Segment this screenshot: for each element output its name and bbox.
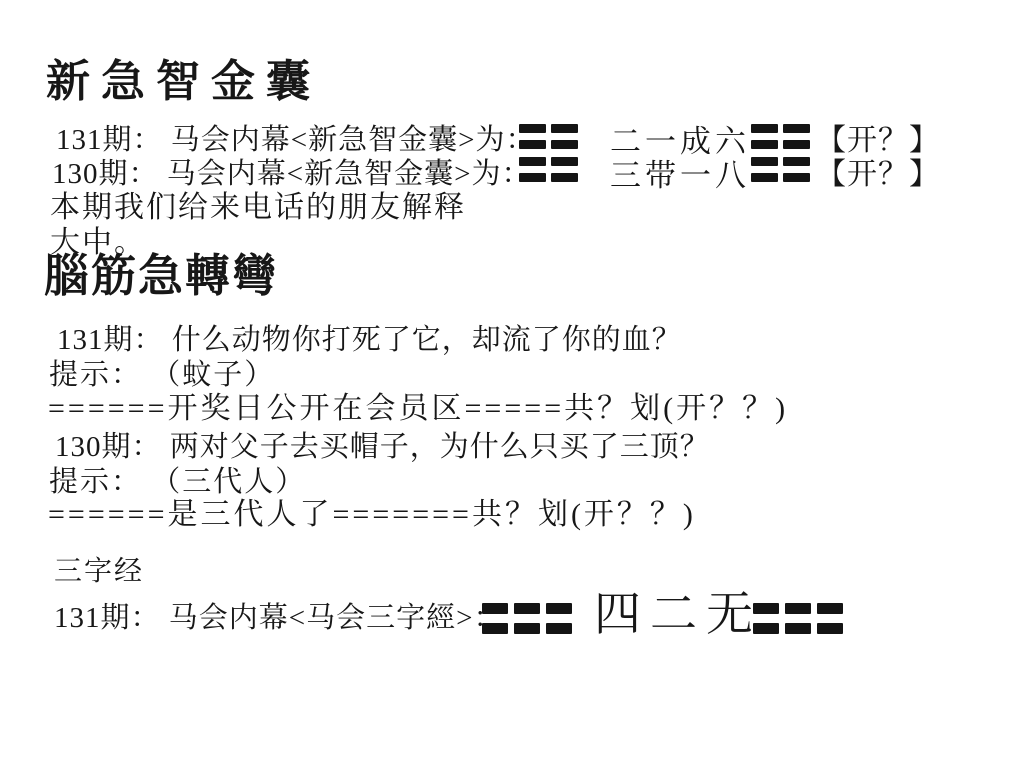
hexagram-symbol <box>519 124 578 149</box>
note-line-1: 本期我们给来电话的朋友解释 <box>50 193 466 223</box>
riddle-130-answer: ======是三代人了=======共？划(开？？) <box>48 500 696 530</box>
scan-page: 新急智金囊 131期： 马会内幕<新急智金囊>为： 二一成六 【开？】 130期… <box>0 0 1024 781</box>
hexagram-symbol <box>751 157 810 182</box>
section-title-golden-bag: 新急智金囊 <box>46 60 321 104</box>
tip-row-131-code: 二一成六 <box>610 126 750 157</box>
tip-row-131-label: 131期： 马会内幕<新急智金囊>为： <box>56 126 535 155</box>
riddle-131-answer: ======开奖日公开在会员区=====共？划(开？？) <box>48 394 788 424</box>
three-char-code: 四二无 <box>594 592 762 639</box>
tip-row-130-label: 130期： 马会内幕<新急智金囊>为： <box>52 160 531 189</box>
three-char-label: 131期： 马会内幕<马会三字經>： <box>54 604 503 633</box>
hexagram-symbol <box>753 603 843 634</box>
riddle-130-question: 130期： 两对父子去买帽子，为什么只买了三顶？ <box>55 433 710 462</box>
riddle-130-hint: 提示： （三代人） <box>49 468 306 497</box>
tip-row-131-result: 【开？】 <box>816 126 940 156</box>
hexagram-symbol <box>519 157 578 182</box>
section-title-three-char: 三字经 <box>54 558 144 586</box>
section-title-brain-teaser: 腦筋急轉彎 <box>44 254 279 299</box>
tip-row-130-result: 【开？】 <box>816 160 940 190</box>
hexagram-symbol <box>751 124 810 149</box>
riddle-131-question: 131期： 什么动物你打死了它，却流了你的血？ <box>57 326 682 355</box>
riddle-131-hint: 提示： （蚊子） <box>49 361 275 390</box>
tip-row-130-code: 三带一八 <box>610 160 750 191</box>
hexagram-symbol <box>482 603 572 634</box>
